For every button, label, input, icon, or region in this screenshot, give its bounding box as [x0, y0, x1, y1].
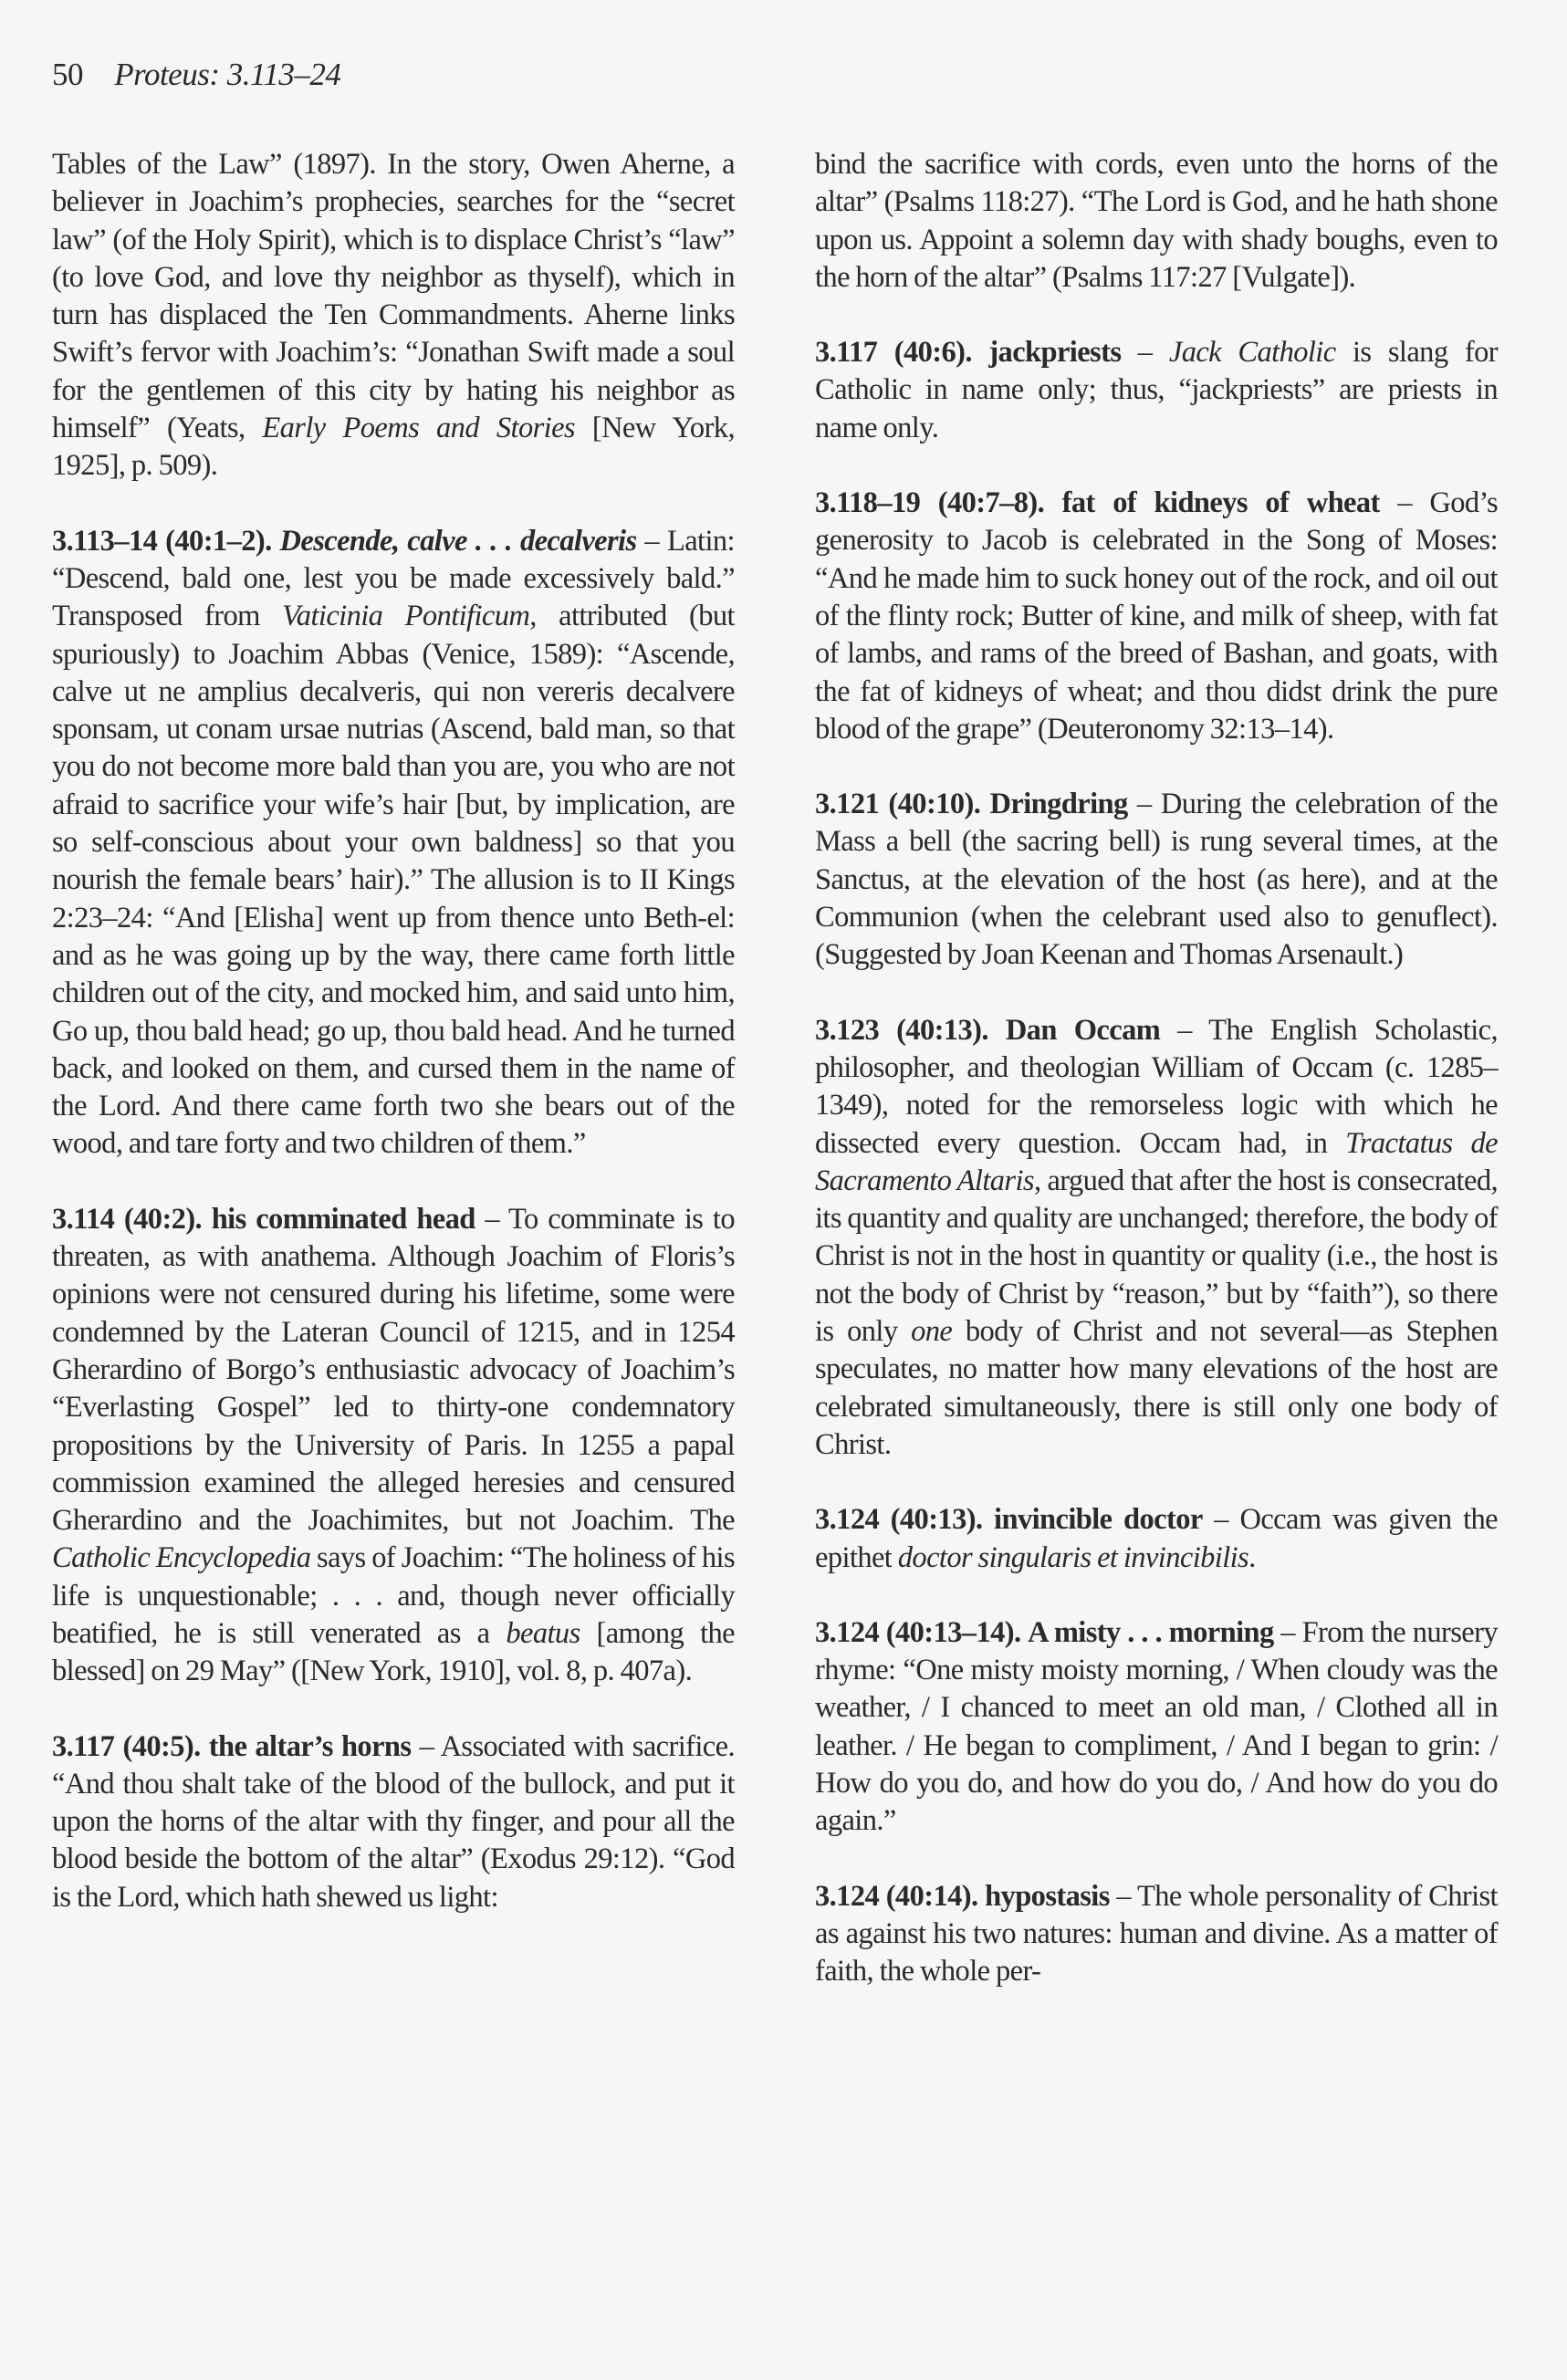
entry-reference: 3.121 (40:10).: [815, 788, 980, 820]
annotation-entry: 3.113–14 (40:1–2). Descende, calve . . .…: [52, 523, 735, 1164]
continued-paragraph: Tables of the Law” (1897). In the story,…: [52, 146, 735, 485]
entry-lemma: hypostasis: [985, 1880, 1110, 1913]
entry-lemma: Descende, calve . . . decalveris: [280, 525, 637, 558]
annotation-entry: 3.117 (40:6). jackpriests – Jack Catholi…: [815, 334, 1498, 447]
entry-lemma: Dringdring: [990, 788, 1128, 820]
running-title: Proteus: 3.113–24: [114, 57, 340, 92]
page-number: 50: [52, 57, 83, 92]
annotation-entry: 3.114 (40:2). his comminated head – To c…: [52, 1201, 735, 1691]
annotation-entry: 3.121 (40:10). Dringdring – During the c…: [815, 786, 1498, 974]
entry-reference: 3.123 (40:13).: [815, 1014, 988, 1047]
annotation-entry: 3.124 (40:13–14). A misty . . . morning …: [815, 1614, 1498, 1841]
entry-reference: 3.124 (40:13–14).: [815, 1616, 1021, 1649]
entry-lemma: invincible doctor: [994, 1503, 1203, 1536]
continued-paragraph: bind the sacrifice with cords, even unto…: [815, 146, 1498, 297]
annotation-entry: 3.124 (40:14). hypostasis – The whole pe…: [815, 1878, 1498, 1991]
entry-lemma: his comminated head: [212, 1203, 475, 1236]
entry-lemma: A misty . . . morning: [1028, 1616, 1274, 1649]
entry-reference: 3.114 (40:2).: [52, 1203, 202, 1236]
entry-reference: 3.124 (40:14).: [815, 1880, 978, 1913]
entry-lemma: fat of kidneys of wheat: [1062, 486, 1380, 519]
annotation-entry: 3.124 (40:13). invincible doctor – Occam…: [815, 1501, 1498, 1577]
entry-lemma: Dan Occam: [1006, 1014, 1160, 1047]
entry-reference: 3.113–14 (40:1–2).: [52, 525, 272, 558]
right-column: bind the sacrifice with cords, even unto…: [815, 146, 1498, 2028]
running-head: 50 Proteus: 3.113–24: [52, 57, 340, 93]
entry-lemma: the altar’s horns: [209, 1730, 412, 1763]
left-column: Tables of the Law” (1897). In the story,…: [52, 146, 735, 1954]
entry-reference: 3.117 (40:5).: [52, 1730, 201, 1763]
annotation-entry: 3.118–19 (40:7–8). fat of kidneys of whe…: [815, 485, 1498, 748]
entry-lemma: jackpriests: [988, 336, 1121, 369]
entry-reference: 3.117 (40:6).: [815, 336, 972, 369]
entry-reference: 3.124 (40:13).: [815, 1503, 982, 1536]
annotation-entry: 3.123 (40:13). Dan Occam – The English S…: [815, 1012, 1498, 1465]
entry-reference: 3.118–19 (40:7–8).: [815, 486, 1044, 519]
annotation-entry: 3.117 (40:5). the altar’s horns – Associ…: [52, 1728, 735, 1916]
